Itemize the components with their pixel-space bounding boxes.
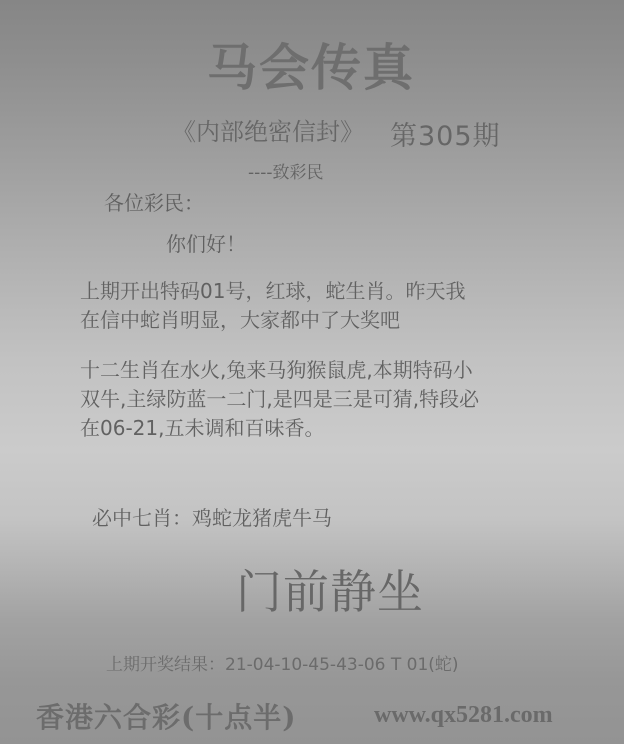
paragraph-line: 十二生肖在水火,兔来马狗猴鼠虎,本期特码小 bbox=[80, 356, 570, 385]
paragraph-line: 在信中蛇肖明显，大家都中了大奖吧 bbox=[80, 306, 570, 335]
issue-number: 第305期 bbox=[390, 120, 501, 154]
greeting-salutation: 各位彩民： bbox=[104, 189, 204, 217]
paragraph-line: 双牛,主绿防蓝一二门,是四是三是可猜,特段必 bbox=[80, 385, 570, 414]
greeting-hello: 你们好！ bbox=[166, 230, 246, 258]
paragraph-line: 上期开出特码01号，红球，蛇生肖。昨天我 bbox=[80, 277, 570, 306]
main-title: 马会传真 bbox=[0, 38, 624, 98]
to-readers-line: ----致彩民 bbox=[248, 161, 324, 185]
motto: 门前静坐 bbox=[236, 562, 424, 622]
paragraph-last-result-recap: 上期开出特码01号，红球，蛇生肖。昨天我 在信中蛇肖明显，大家都中了大奖吧 bbox=[80, 277, 570, 335]
seven-zodiacs: 必中七肖：鸡蛇龙猪虎牛马 bbox=[92, 504, 332, 532]
paragraph-line: 在06-21,五未调和百味香。 bbox=[80, 414, 570, 443]
footer-url: www.qx5281.com bbox=[374, 699, 553, 731]
paragraph-prediction-poem: 十二生肖在水火,兔来马狗猴鼠虎,本期特码小 双牛,主绿防蓝一二门,是四是三是可猜… bbox=[80, 356, 570, 443]
last-draw-result: 上期开奖结果：21-04-10-45-43-06 T 01(蛇) bbox=[106, 652, 459, 678]
footer-name: 香港六合彩(十点半) bbox=[36, 698, 297, 738]
subtitle: 《内部绝密信封》 bbox=[172, 116, 364, 148]
